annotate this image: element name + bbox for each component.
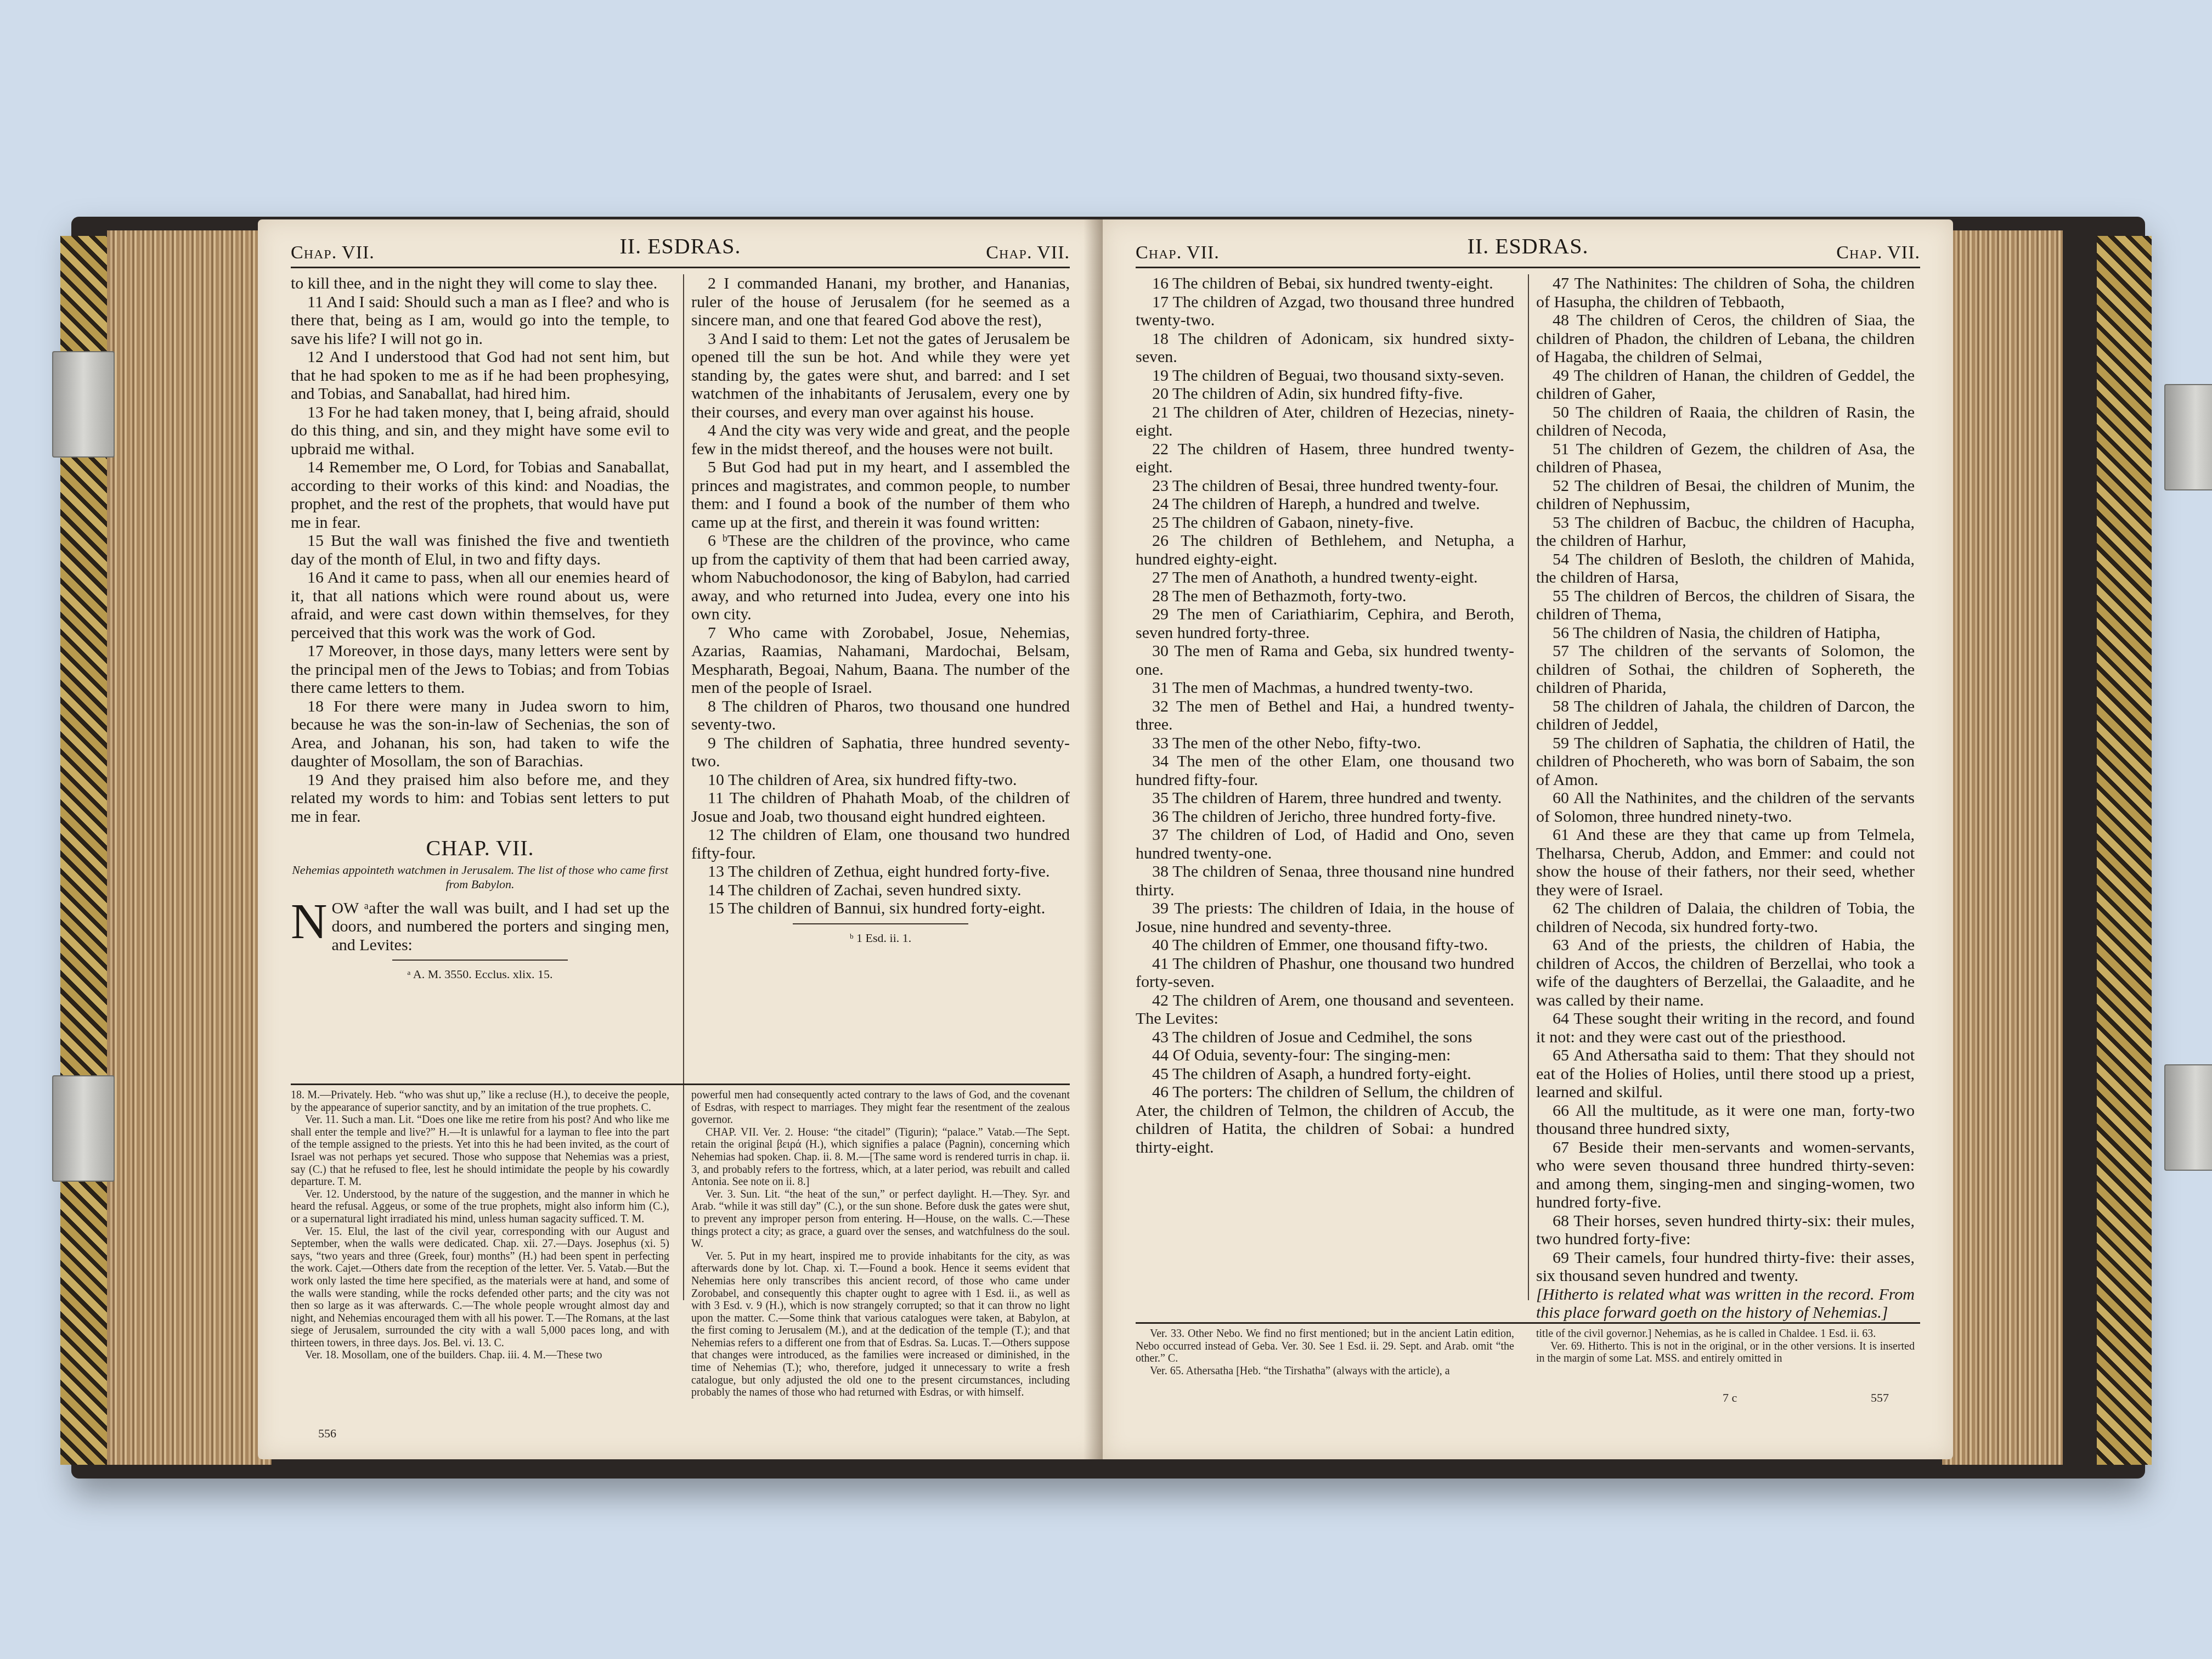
clasp-right-bottom[interactable] [2164,1064,2212,1171]
verse: 30 The men of Rama and Geba, six hundred… [1136,642,1514,679]
verse: 62 The children of Dalaia, the children … [1536,899,1915,936]
header-rule [1136,267,1920,268]
verse: 63 And of the priests, the children of H… [1536,936,1915,1009]
verse: 56 The children of Nasia, the children o… [1536,624,1915,642]
notes-rule [1136,1322,1920,1324]
verse: 48 The children of Ceros, the children o… [1536,311,1915,366]
note: Ver. 15. Elul, the last of the civil yea… [291,1226,669,1350]
verse: 13 The children of Zethua, eight hundred… [691,862,1070,881]
verse: 52 The children of Besai, the children o… [1536,477,1915,513]
note: Ver. 18. Mosollam, one of the builders. … [291,1349,669,1362]
verse: 39 The priests: The children of Idaia, i… [1136,899,1514,936]
chapter-title: CHAP. VII. [291,839,669,857]
verse: 42 The children of Arem, one thousand an… [1136,991,1514,1028]
verse: 5 But God had put in my heart, and I ass… [691,458,1070,532]
verse-1: N OW ᵃafter the wall was built, and I ha… [291,899,669,955]
header-rule [291,267,1070,268]
verse: 25 The children of Gabaon, ninety-five. [1136,513,1514,532]
verse: 69 Their camels, four hundred thirty-fiv… [1536,1249,1915,1285]
note: Ver. 5. Put in my heart, inspired me to … [691,1250,1070,1399]
verse: 23 The children of Besai, three hundred … [1136,477,1514,495]
verse: 43 The children of Josue and Cedmihel, t… [1136,1028,1514,1047]
page-edges-right [1942,230,2063,1465]
verse: 18 The children of Adonicam, six hundred… [1136,330,1514,366]
column-divider [683,274,684,1300]
verse-1-text: OW ᵃafter the wall was built, and I had … [331,899,669,954]
running-head-right: Chap. VII. II. ESDRAS. Chap. VII. [1136,236,1920,263]
verse: 67 Beside their men-servants and women-s… [1536,1138,1915,1212]
gilt-border-right [2097,236,2152,1465]
verse: 16 And it came to pass, when all our ene… [291,568,669,642]
drop-cap: N [291,900,327,942]
header-book-title: II. ESDRAS. [291,233,1070,259]
clasp-left-top[interactable] [52,351,115,458]
verse: 21 The children of Ater, children of Hez… [1136,403,1514,440]
clasp-right-top[interactable] [2164,384,2212,490]
verse: 4 And the city was very wide and great, … [691,421,1070,458]
editorial-note: [Hitherto is related what was written in… [1536,1285,1915,1322]
verse: 11 The children of Phahath Moab, of the … [691,789,1070,826]
note: Ver. 3. Sun. Lit. “the heat of the sun,”… [691,1188,1070,1250]
running-head-left: Chap. VII. II. ESDRAS. Chap. VII. [291,236,1070,263]
clasp-left-bottom[interactable] [52,1075,115,1182]
left-page-column-1: to kill thee, and in the night they will… [291,274,669,984]
header-chapter-right: Chap. VII. [1836,242,1920,263]
page-number: 556 [318,1426,336,1441]
verse: 66 All the multitude, as it were one man… [1536,1102,1915,1138]
verse: 15 The children of Bannui, six hundred f… [691,899,1070,918]
verse: 34 The men of the other Elam, one thousa… [1136,752,1514,789]
note: Ver. 33. Other Nebo. We find no first me… [1136,1328,1514,1365]
verse: 27 The men of Anathoth, a hundred twenty… [1136,568,1514,587]
left-page-column-2: 2 I commanded Hanani, my brother, and Ha… [691,274,1070,947]
verse: 36 The children of Jericho, three hundre… [1136,808,1514,826]
footnote-b: ᵇ 1 Esd. ii. 1. [793,923,968,947]
verse: 11 And I said: Should such a man as I fl… [291,293,669,348]
verse: 38 The children of Senaa, three thousand… [1136,862,1514,899]
verse: 37 The children of Lod, of Hadid and Ono… [1136,826,1514,862]
verse: 16 The children of Bebai, six hundred tw… [1136,274,1514,293]
verse: 50 The children of Raaia, the children o… [1536,403,1915,440]
verse: 64 These sought their writing in the rec… [1536,1009,1915,1046]
verse: 12 The children of Elam, one thousand tw… [691,826,1070,862]
verse: 44 Of Oduia, seventy-four: The singing-m… [1136,1046,1514,1065]
verse: 22 The children of Hasem, three hundred … [1136,440,1514,477]
commentary-column-2: powerful men had consequently acted cont… [691,1089,1070,1399]
verse: 2 I commanded Hanani, my brother, and Ha… [691,274,1070,330]
verse: 32 The men of Bethel and Hai, a hundred … [1136,697,1514,734]
left-page: Chap. VII. II. ESDRAS. Chap. VII. to kil… [258,219,1103,1459]
right-page-column-1: 16 The children of Bebai, six hundred tw… [1136,274,1514,1156]
signature-mark: 7 c [1723,1391,1737,1405]
verse: 51 The children of Gezem, the children o… [1536,440,1915,477]
note: Ver. 11. Such a man. Lit. “Does one like… [291,1114,669,1188]
column-divider [1528,274,1529,1300]
verse: 10 The children of Area, six hundred fif… [691,771,1070,789]
right-page: Chap. VII. II. ESDRAS. Chap. VII. 16 The… [1103,219,1953,1459]
note: title of the civil governor.] Nehemias, … [1536,1328,1915,1340]
right-page-column-2: 47 The Nathinites: The children of Soha,… [1536,274,1915,1322]
verse: 26 The children of Bethlehem, and Netuph… [1136,532,1514,568]
verse: 47 The Nathinites: The children of Soha,… [1536,274,1915,311]
verse: 31 The men of Machmas, a hundred twenty-… [1136,679,1514,697]
verse: 20 The children of Adin, six hundred fif… [1136,385,1514,403]
footnote-a: ᵃ A. M. 3550. Ecclus. xlix. 15. [392,960,568,984]
verse: 8 The children of Pharos, two thousand o… [691,697,1070,734]
verse: 17 Moreover, in those days, many letters… [291,642,669,697]
verse: 29 The men of Cariathiarim, Cephira, and… [1136,605,1514,642]
verse: 15 But the wall was finished the five an… [291,532,669,568]
header-chapter-right: Chap. VII. [986,242,1070,263]
note: Ver. 65. Athersatha [Heb. “the Tirshatha… [1136,1365,1514,1378]
commentary-column-2: title of the civil governor.] Nehemias, … [1536,1328,1915,1365]
verse: 49 The children of Hanan, the children o… [1536,366,1915,403]
verse: 9 The children of Saphatia, three hundre… [691,734,1070,771]
verse: 57 The children of the servants of Solom… [1536,642,1915,697]
verse: 33 The men of the other Nebo, fifty-two. [1136,734,1514,753]
verse: 59 The children of Saphatia, the childre… [1536,734,1915,789]
chapter-summary: Nehemias appointeth watchmen in Jerusale… [291,863,669,891]
verse: 65 And Athersatha said to them: That the… [1536,1046,1915,1102]
verse: 14 Remember me, O Lord, for Tobias and S… [291,458,669,532]
verse: 13 For he had taken money, that I, being… [291,403,669,459]
page-number: 557 [1871,1391,1889,1405]
verse: 24 The children of Hareph, a hundred and… [1136,495,1514,513]
verse: to kill thee, and in the night they will… [291,274,669,293]
page-edges-left [107,230,272,1465]
verse: 17 The children of Azgad, two thousand t… [1136,293,1514,330]
verse: 54 The children of Besloth, the children… [1536,550,1915,587]
verse: 14 The children of Zachai, seven hundred… [691,881,1070,900]
verse: 41 The children of Phashur, one thousand… [1136,955,1514,991]
verse: 55 The children of Bercos, the children … [1536,587,1915,624]
note: 18. M.—Privately. Heb. “who was shut up,… [291,1089,669,1114]
verse: 58 The children of Jahala, the children … [1536,697,1915,734]
verse: 28 The men of Bethazmoth, forty-two. [1136,587,1514,606]
header-book-title: II. ESDRAS. [1136,233,1920,259]
verse: 40 The children of Emmer, one thousand f… [1136,936,1514,955]
note: Ver. 69. Hitherto. This is not in the or… [1536,1340,1915,1365]
commentary-column-1: Ver. 33. Other Nebo. We find no first me… [1136,1328,1514,1377]
verse: 68 Their horses, seven hundred thirty-si… [1536,1212,1915,1249]
verse: 7 Who came with Zorobabel, Josue, Nehemi… [691,624,1070,697]
verse: 18 For there were many in Judea sworn to… [291,697,669,771]
verse: 45 The children of Asaph, a hundred fort… [1136,1065,1514,1084]
verse: 19 And they praised him also before me, … [291,771,669,826]
commentary-column-1: 18. M.—Privately. Heb. “who was shut up,… [291,1089,669,1362]
note: CHAP. VII. Ver. 2. House: “the citadel” … [691,1126,1070,1188]
verse: 35 The children of Harem, three hundred … [1136,789,1514,808]
verse: 61 And these are they that came up from … [1536,826,1915,899]
verse: 53 The children of Bacbuc, the children … [1536,513,1915,550]
verse: 6 ᵇThese are the children of the provinc… [691,532,1070,624]
note: powerful men had consequently acted cont… [691,1089,1070,1126]
verse: 46 The porters: The children of Sellum, … [1136,1083,1514,1156]
notes-rule [291,1084,1070,1085]
verse: 60 All the Nathinites, and the children … [1536,789,1915,826]
verse: 12 And I understood that God had not sen… [291,348,669,403]
note: Ver. 12. Understood, by the nature of th… [291,1188,669,1226]
verse: 19 The children of Beguai, two thousand … [1136,366,1514,385]
verse: 3 And I said to them: Let not the gates … [691,330,1070,422]
